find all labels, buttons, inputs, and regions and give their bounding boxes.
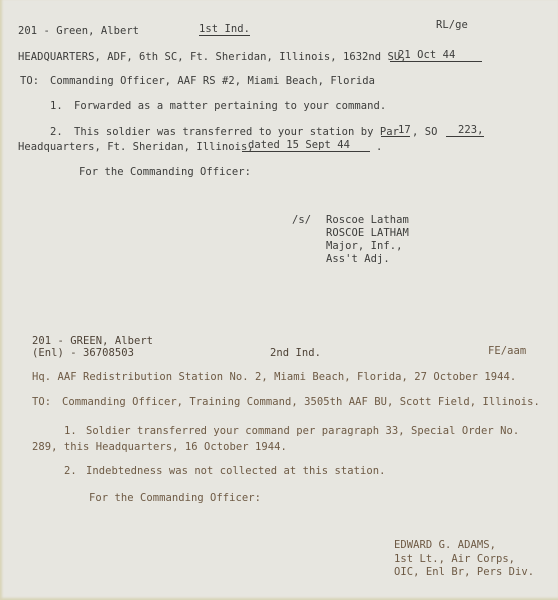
headquarters-line: HEADQUARTERS, ADF, 6th SC, Ft. Sheridan,… xyxy=(18,51,407,63)
to-value-2: Commanding Officer, Training Command, 35… xyxy=(62,396,540,408)
indorsement-date: 21 Oct 44 xyxy=(398,49,455,61)
file-reference-2: 201 - GREEN, Albert xyxy=(32,335,153,347)
signer-rank-2: 1st Lt., Air Corps, xyxy=(394,553,515,565)
date-underline xyxy=(390,61,482,62)
paragraph-1-number: 1. xyxy=(50,100,63,112)
document-page: 201 - Green, Albert 1st Ind. RL/ge HEADQ… xyxy=(0,0,558,600)
indorsement-label-text: 1st Ind. xyxy=(199,23,250,36)
dated-value: dated 15 Sept 44 xyxy=(248,139,350,151)
paragraph-2-number: 2. xyxy=(50,126,63,138)
to-value: Commanding Officer, AAF RS #2, Miami Bea… xyxy=(50,75,375,87)
signer-title-2: OIC, Enl Br, Pers Div. xyxy=(394,566,534,578)
initials: RL/ge xyxy=(436,19,468,31)
indorsement-label-2: 2nd Ind. xyxy=(270,347,321,359)
paragraph-2-text-2: Indebtedness was not collected at this s… xyxy=(86,465,385,477)
signature-intro-2: For the Commanding Officer: xyxy=(89,492,261,504)
paragraph-2-end: . xyxy=(376,141,382,153)
to-label-2: TO: xyxy=(32,396,51,408)
paragraph-1-line2: 289, this Headquarters, 16 October 1944. xyxy=(32,441,287,453)
signature-intro: For the Commanding Officer: xyxy=(79,166,251,178)
dated-underline xyxy=(242,151,370,152)
so-value: 223, xyxy=(458,124,484,136)
indorsement-label: 1st Ind. xyxy=(199,23,250,36)
typed-name-2: EDWARD G. ADAMS, xyxy=(394,539,496,551)
paragraph-2-line2: Headquarters, Ft. Sheridan, Illinois, xyxy=(18,141,254,153)
par-value: 17 xyxy=(398,124,411,136)
paragraph-1-number-2: 1. xyxy=(64,425,77,437)
enlisted-serial: (Enl) - 36708503 xyxy=(32,347,134,359)
so-label: , SO xyxy=(412,126,438,138)
paragraph-2-number-2: 2. xyxy=(64,465,77,477)
so-underline xyxy=(446,136,484,137)
signed-name: Roscoe Latham xyxy=(326,214,409,226)
par-underline xyxy=(381,136,410,137)
headquarters-line-2: Hq. AAF Redistribution Station No. 2, Mi… xyxy=(32,371,516,383)
paragraph-1-line1: Soldier transferred your command per par… xyxy=(86,425,519,437)
signer-title: Ass't Adj. xyxy=(326,253,390,265)
signature-prefix: /s/ xyxy=(292,214,311,226)
to-label: TO: xyxy=(20,75,39,87)
paragraph-1-text: Forwarded as a matter pertaining to your… xyxy=(74,100,386,112)
typed-name: ROSCOE LATHAM xyxy=(326,227,409,239)
signer-rank: Major, Inf., xyxy=(326,240,402,252)
initials-2: FE/aam xyxy=(488,345,526,357)
paragraph-2-text: This soldier was transferred to your sta… xyxy=(74,126,399,138)
file-reference: 201 - Green, Albert xyxy=(18,25,139,37)
